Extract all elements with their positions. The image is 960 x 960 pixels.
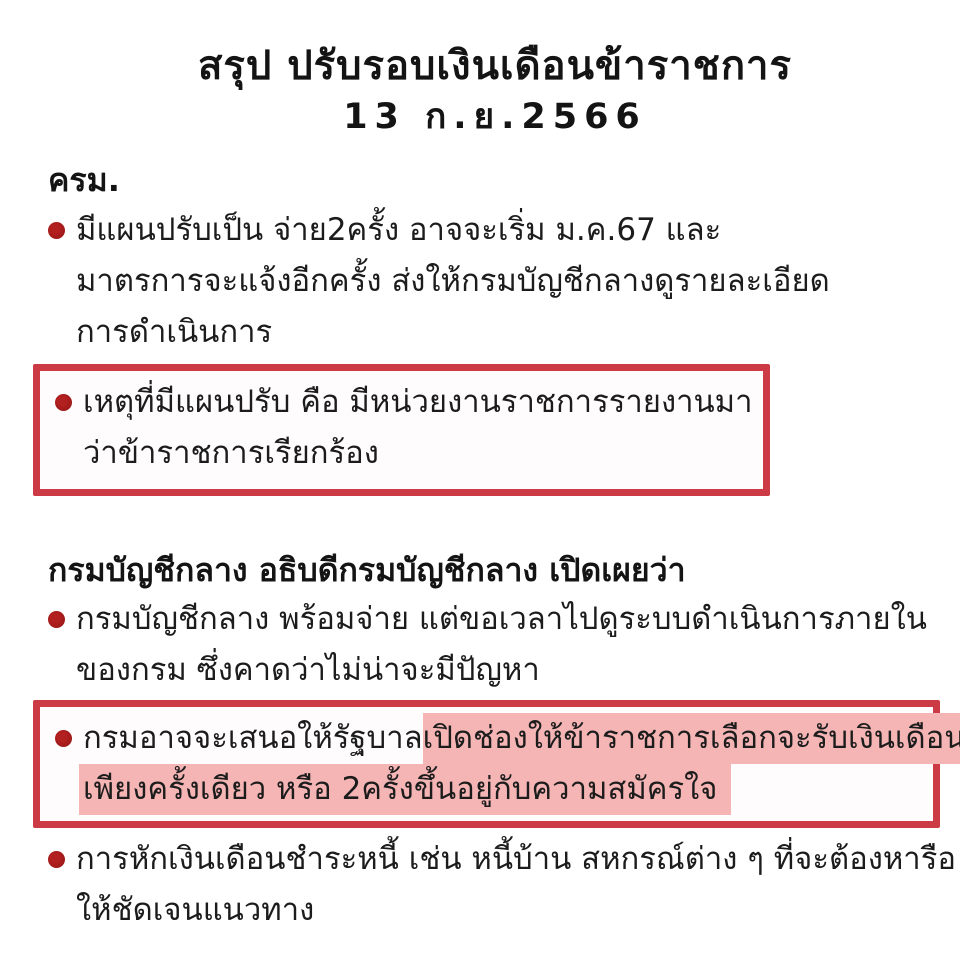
- bullet-text: กรมอาจจะเสนอให้รัฐบาล เปิดช่องให้ข้าราชก…: [83, 713, 960, 815]
- bullet-proposal: กรมอาจจะเสนอให้รัฐบาล เปิดช่องให้ข้าราชก…: [55, 713, 925, 815]
- text-line: ของกรม ซึ่งคาดว่าไม่น่าจะมีปัญหา: [76, 645, 942, 696]
- bullet-text: เหตุที่มีแผนปรับ คือ มีหน่วยงานราชการราย…: [83, 377, 755, 479]
- highlight-box-proposal: กรมอาจจะเสนอให้รัฐบาล เปิดช่องให้ข้าราชก…: [33, 700, 940, 828]
- bullet-icon: [55, 394, 72, 411]
- bullet-icon: [55, 730, 72, 747]
- text-plain: กรมอาจจะเสนอให้รัฐบาล: [83, 713, 423, 764]
- text-line: เพียงครั้งเดียว หรือ 2ครั้งขึ้นอยู่กับคว…: [83, 764, 960, 815]
- text-line: กรมอาจจะเสนอให้รัฐบาล เปิดช่องให้ข้าราชก…: [83, 713, 960, 764]
- infographic-page: สรุป ปรับรอบเงินเดือนข้าราชการ 13 ก.ย.25…: [0, 0, 960, 960]
- page-title: สรุป ปรับรอบเงินเดือนข้าราชการ: [78, 40, 912, 92]
- text-line: ให้ชัดเจนแนวทาง: [76, 885, 956, 936]
- highlighted-text: เพียงครั้งเดียว หรือ 2ครั้งขึ้นอยู่กับคว…: [79, 764, 731, 815]
- bullet-ready-to-pay: กรมบัญชีกลาง พร้อมจ่าย แต่ขอเวลาไปดูระบบ…: [48, 594, 942, 696]
- bullet-plan: มีแผนปรับเป็น จ่าย2ครั้ง อาจจะเริ่ม ม.ค.…: [48, 205, 942, 358]
- page-date: 13 ก.ย.2566: [78, 96, 912, 140]
- text-line: ว่าข้าราชการเรียกร้อง: [83, 428, 755, 479]
- bullet-text: กรมบัญชีกลาง พร้อมจ่าย แต่ขอเวลาไปดูระบบ…: [76, 594, 942, 696]
- bullet-icon: [48, 851, 65, 868]
- text-line: มีแผนปรับเป็น จ่าย2ครั้ง อาจจะเริ่ม ม.ค.…: [76, 205, 942, 256]
- text-line: กรมบัญชีกลาง พร้อมจ่าย แต่ขอเวลาไปดูระบบ…: [76, 594, 942, 645]
- bullet-text: มีแผนปรับเป็น จ่าย2ครั้ง อาจจะเริ่ม ม.ค.…: [76, 205, 942, 358]
- bullet-debt-deduction: การหักเงินเดือนชำระหนี้ เช่น หนี้บ้าน สห…: [48, 834, 942, 936]
- bullet-reason: เหตุที่มีแผนปรับ คือ มีหน่วยงานราชการราย…: [55, 377, 755, 479]
- text-line: มาตรการจะแจ้งอีกครั้ง ส่งให้กรมบัญชีกลาง…: [76, 256, 942, 307]
- bullet-icon: [48, 611, 65, 628]
- text-line: การหักเงินเดือนชำระหนี้ เช่น หนี้บ้าน สห…: [76, 834, 956, 885]
- highlighted-text: เปิดช่องให้ข้าราชการเลือกจะรับเงินเดือน: [423, 713, 960, 764]
- bullet-icon: [48, 222, 65, 239]
- text-line: การดำเนินการ: [76, 307, 942, 358]
- section-heading-cgd: กรมบัญชีกลาง อธิบดีกรมบัญชีกลาง เปิดเผยว…: [48, 548, 942, 593]
- bullet-text: การหักเงินเดือนชำระหนี้ เช่น หนี้บ้าน สห…: [76, 834, 956, 936]
- highlight-box-reason: เหตุที่มีแผนปรับ คือ มีหน่วยงานราชการราย…: [33, 364, 770, 496]
- text-line: เหตุที่มีแผนปรับ คือ มีหน่วยงานราชการราย…: [83, 377, 755, 428]
- section-heading-cabinet: ครม.: [48, 158, 942, 203]
